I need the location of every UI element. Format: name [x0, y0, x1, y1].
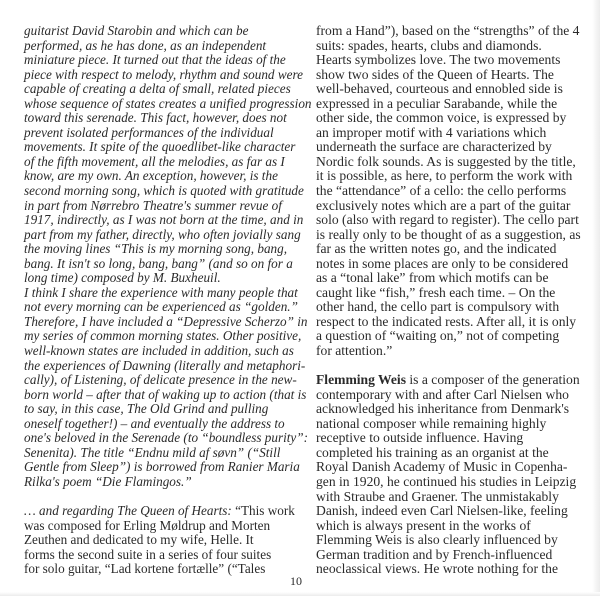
text-line: 1917, indirectly, as I was not born at t… [24, 213, 304, 228]
text-line: other side, the common voice, is express… [316, 111, 600, 126]
text-line: born world – after that of waking up to … [24, 388, 304, 403]
text-line: prevent isolated performances of the ind… [24, 126, 304, 141]
left-paragraph-starobin: guitarist David Starobin and which can b… [24, 24, 304, 286]
text-line: notes in some places are only to be cons… [316, 257, 600, 272]
text-line: Flemming Weis is a composer of the gener… [316, 373, 600, 388]
text-line: for solo guitar, “Lad kortene fortælle” … [24, 562, 304, 577]
text-line: cally), of Listening, of delicate presen… [24, 373, 304, 388]
text-line: Nordic folk sounds. As is suggested by t… [316, 155, 600, 170]
composer-name: Flemming Weis [316, 372, 406, 387]
text-line: … and regarding The Queen of Hearts: “Th… [24, 504, 304, 519]
text-line: oneself together!) – and eventually the … [24, 417, 304, 432]
left-paragraph-morning-states: I think I share the experience with many… [24, 286, 304, 490]
text-line: to say, in this case, The Old Grind and … [24, 402, 304, 417]
text-line: well-behaved, courteous and ennobled sid… [316, 82, 600, 97]
text-line: neoclassical views. He wrote nothing for… [316, 562, 600, 577]
text-line: which is always present in the works of [316, 519, 600, 534]
page-number: 10 [290, 574, 302, 589]
text-line: German tradition and by French-influence… [316, 548, 600, 563]
text-line: was composed for Erling Møldrup and Mort… [24, 519, 304, 534]
text-line: show two sides of the Queen of Hearts. T… [316, 68, 600, 83]
text-line: Royal Danish Academy of Music in Copenha… [316, 460, 600, 475]
text-line: toward this serenade. This fact, however… [24, 111, 304, 126]
text-line: Gentle from Sleep”) is borrowed from Ran… [24, 460, 304, 475]
text-line: forms the second suite in a series of fo… [24, 548, 304, 563]
text-line: a question of “waiting on,” not of compe… [316, 329, 600, 344]
text-line: from a Hand”), based on the “strengths” … [316, 24, 600, 39]
text-line: Hearts symbolizes love. The two movement… [316, 53, 600, 68]
text-line: gen in 1920, he continued his studies in… [316, 475, 600, 490]
text-line: an improper motif with 4 variations whic… [316, 126, 600, 141]
text-line: Therefore, I have included a “Depressive… [24, 315, 304, 330]
text-line: miniature piece. It turned out that the … [24, 53, 304, 68]
right-paragraph-biography: Flemming Weis is a composer of the gener… [316, 373, 600, 577]
text-line: of the fifth movement, all the melodies,… [24, 155, 304, 170]
text-line: Danish, indeed even Carl Nielsen-like, f… [316, 504, 600, 519]
text-line: far as the written notes go, and the ind… [316, 242, 600, 257]
text-line: long time) composed by M. Buxheuil. [24, 271, 304, 286]
page-edge-shadow-bottom [0, 592, 600, 596]
text-line: for attention.” [316, 344, 600, 359]
text-line: in part from Nørrebro Theatre's summer r… [24, 199, 304, 214]
text-line: well-known states are included in additi… [24, 344, 304, 359]
right-paragraph-queen-of-hearts: from a Hand”), based on the “strengths” … [316, 24, 600, 359]
text-line: as a “tonal lake” from which motifs can … [316, 271, 600, 286]
text-line: Zeuthen and dedicated to my wife, Helle.… [24, 533, 304, 548]
text-line: suits: spades, hearts, clubs and diamond… [316, 39, 600, 54]
text-line: guitarist David Starobin and which can b… [24, 24, 304, 39]
text-line: know, are my own. An exception, however,… [24, 169, 304, 184]
text-line: acknowledged his inheritance from Denmar… [316, 402, 600, 417]
text-line: I think I share the experience with many… [24, 286, 304, 301]
text-line: bang. It isn't so long, bang, bang” (and… [24, 257, 304, 272]
text-line: piece with respect to melody, rhythm and… [24, 68, 304, 83]
text-line: with Straube and Graener. The unmistakab… [316, 490, 600, 505]
text-line: other hand, the cello part is compulsory… [316, 300, 600, 315]
text-line: is really only to be thought of as a sug… [316, 228, 600, 243]
text-line: completed his training as an organist at… [316, 446, 600, 461]
text-line: the experiences of Dawning (literally an… [24, 359, 304, 374]
text-line: caught like “fish,” fresh each time. – O… [316, 286, 600, 301]
text-line: performed, as he has done, as an indepen… [24, 39, 304, 54]
text-line: the “attendance” of a cello: the cello p… [316, 184, 600, 199]
text-line: solo (also with regard to register). The… [316, 213, 600, 228]
text-line: capable of creating a delta of small, re… [24, 82, 304, 97]
text-line: Flemming Weis is also clearly influenced… [316, 533, 600, 548]
queen-intro-italic: … and regarding The Queen of Hearts: [24, 503, 235, 518]
booklet-page: guitarist David Starobin and which can b… [0, 0, 600, 596]
text-line: second morning song, which is quoted wit… [24, 184, 304, 199]
text-line: whose sequence of states creates a unifi… [24, 97, 304, 112]
text-line: contemporary with and after Carl Nielsen… [316, 388, 600, 403]
text-line: respect to the indicated rests. After al… [316, 315, 600, 330]
text-line: one's beloved in the Serenade (to “bound… [24, 431, 304, 446]
text-line: it is possible, as here, to perform the … [316, 169, 600, 184]
queen-intro-upright: “This work [235, 503, 295, 518]
paragraph-gap [316, 359, 600, 374]
text-line: my series of common morning states. Othe… [24, 329, 304, 344]
text-line: receptive to outside influence. Having [316, 431, 600, 446]
text-line: not every morning can be experienced as … [24, 300, 304, 315]
text-line: Rilka's poem “Die Flamingos.” [24, 475, 304, 490]
right-column: from a Hand”), based on the “strengths” … [316, 24, 600, 577]
left-paragraph-queen-of-hearts: … and regarding The Queen of Hearts: “Th… [24, 504, 304, 577]
page-edge-shadow-right [592, 0, 600, 596]
text-line: expressed in a peculiar Sarabande, while… [316, 97, 600, 112]
left-column: guitarist David Starobin and which can b… [24, 24, 304, 577]
text-line: the moving lines “This is my morning son… [24, 242, 304, 257]
text-line: underneath the surface are characterized… [316, 140, 600, 155]
paragraph-gap [24, 490, 304, 505]
text-line: Senenita). The title “Endnu mild af søvn… [24, 446, 304, 461]
text-line: movements. It spite of the quoedlibet-li… [24, 140, 304, 155]
bio-first-line-rest: is a composer of the generation [406, 372, 580, 387]
text-line: national composer while remaining highly [316, 417, 600, 432]
text-line: exclusively notes which are a part of th… [316, 199, 600, 214]
text-line: part from my father, directly, who often… [24, 228, 304, 243]
